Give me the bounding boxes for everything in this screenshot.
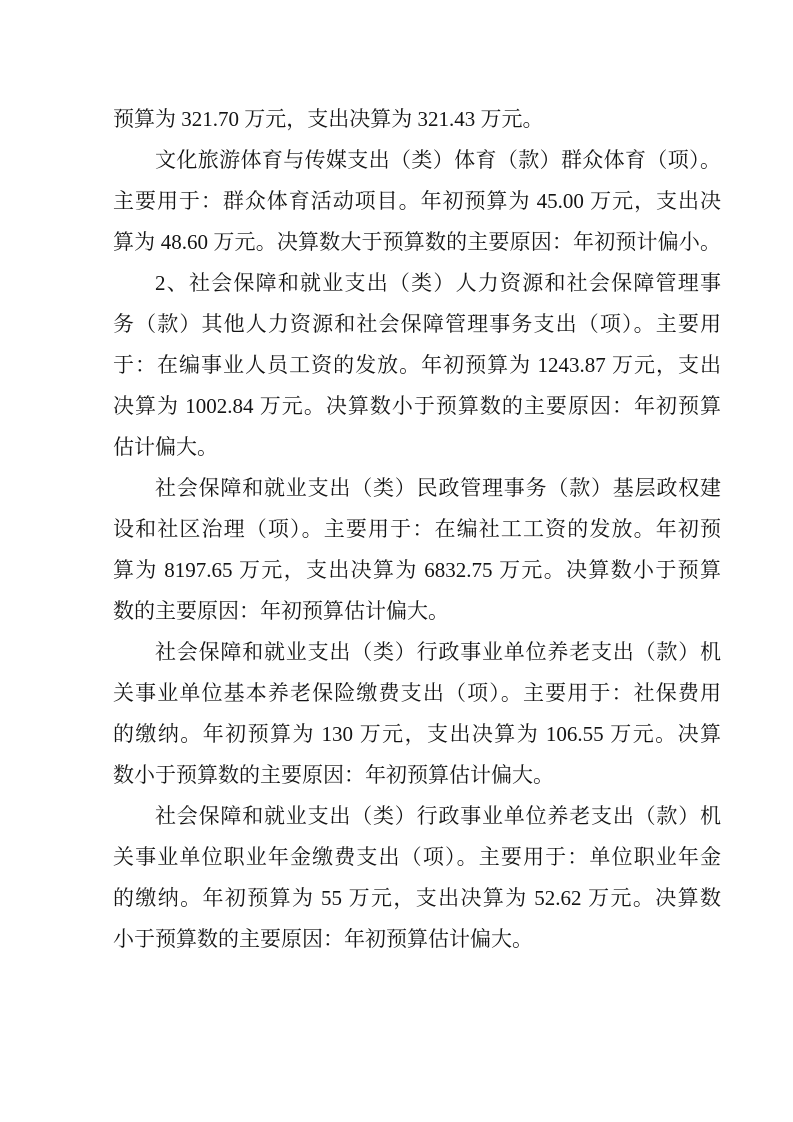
text-line: 务（款）其他人力资源和社会保障管理事务支出（项）。主要用 xyxy=(113,304,721,345)
text-line: 小于预算数的主要原因：年初预算估计偏大。 xyxy=(113,919,721,960)
text-line: 社会保障和就业支出（类）行政事业单位养老支出（款）机 xyxy=(113,796,721,837)
document-body: 预算为 321.70 万元，支出决算为 321.43 万元。 文化旅游体育与传媒… xyxy=(113,99,721,960)
text-line: 算为 8197.65 万元，支出决算为 6832.75 万元。决算数小于预算 xyxy=(113,550,721,591)
text-line: 设和社区治理（项）。主要用于：在编社工工资的发放。年初预 xyxy=(113,509,721,550)
text-line: 主要用于：群众体育活动项目。年初预算为 45.00 万元，支出决 xyxy=(113,181,721,222)
para-social-security-occupational-annuity: 社会保障和就业支出（类）行政事业单位养老支出（款）机 关事业单位职业年金缴费支出… xyxy=(113,796,721,960)
text-line: 2、社会保障和就业支出（类）人力资源和社会保障管理事 xyxy=(113,263,721,304)
text-line: 于：在编事业人员工资的发放。年初预算为 1243.87 万元，支出 xyxy=(113,345,721,386)
para-social-security-hr-admin: 2、社会保障和就业支出（类）人力资源和社会保障管理事 务（款）其他人力资源和社会… xyxy=(113,263,721,468)
text-line: 关事业单位基本养老保险缴费支出（项）。主要用于：社保费用 xyxy=(113,673,721,714)
text-line: 的缴纳。年初预算为 55 万元，支出决算为 52.62 万元。决算数 xyxy=(113,878,721,919)
text-line: 数的主要原因：年初预算估计偏大。 xyxy=(113,591,721,632)
text-line: 决算为 1002.84 万元。决算数小于预算数的主要原因：年初预算 xyxy=(113,386,721,427)
text-line: 文化旅游体育与传媒支出（类）体育（款）群众体育（项）。 xyxy=(113,140,721,181)
text-line: 预算为 321.70 万元，支出决算为 321.43 万元。 xyxy=(113,99,721,140)
text-line: 关事业单位职业年金缴费支出（项）。主要用于：单位职业年金 xyxy=(113,837,721,878)
text-line: 估计偏大。 xyxy=(113,427,721,468)
text-line: 社会保障和就业支出（类）行政事业单位养老支出（款）机 xyxy=(113,632,721,673)
para-social-security-basic-pension: 社会保障和就业支出（类）行政事业单位养老支出（款）机 关事业单位基本养老保险缴费… xyxy=(113,632,721,796)
text-line: 的缴纳。年初预算为 130 万元，支出决算为 106.55 万元。决算 xyxy=(113,714,721,755)
document-page: 预算为 321.70 万元，支出决算为 321.43 万元。 文化旅游体育与传媒… xyxy=(0,0,793,1122)
text-line: 算为 48.60 万元。决算数大于预算数的主要原因：年初预计偏小。 xyxy=(113,222,721,263)
text-line: 数小于预算数的主要原因：年初预算估计偏大。 xyxy=(113,755,721,796)
para-culture-tourism-sports-media: 文化旅游体育与传媒支出（类）体育（款）群众体育（项）。 主要用于：群众体育活动项… xyxy=(113,140,721,263)
para-social-security-civil-affairs: 社会保障和就业支出（类）民政管理事务（款）基层政权建 设和社区治理（项）。主要用… xyxy=(113,468,721,632)
text-line: 社会保障和就业支出（类）民政管理事务（款）基层政权建 xyxy=(113,468,721,509)
para-prior-item-continuation: 预算为 321.70 万元，支出决算为 321.43 万元。 xyxy=(113,99,721,140)
